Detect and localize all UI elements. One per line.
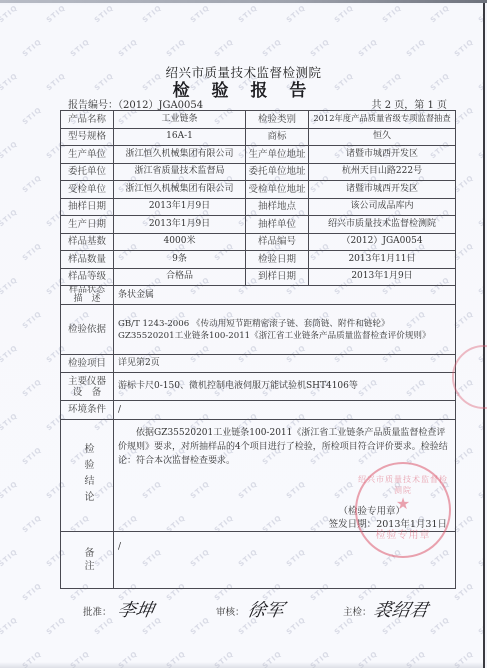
- table-row: 委托单位 浙江省质量技术监督局 委托单位地址 杭州天目山路222号: [61, 163, 456, 181]
- field-label: 受检单位地址: [246, 181, 309, 199]
- instruments-row: 主要仪器 设 备 游标卡尺0-150、微机控制电液伺服万能试验机SHT4106等: [61, 373, 456, 401]
- watermark-text: STIQ: [453, 310, 475, 331]
- watermark-text: STIQ: [69, 38, 91, 59]
- margin-seal-partial: [452, 345, 487, 409]
- watermark-text: STIQ: [21, 446, 43, 467]
- field-label: 委托单位: [61, 163, 114, 181]
- watermark-text: STIQ: [21, 38, 43, 59]
- field-label: 生产日期: [61, 216, 114, 234]
- watermark-text: STIQ: [21, 242, 43, 263]
- items-value: 详见第2页: [114, 355, 456, 373]
- instruments-label-line1: 主要仪器: [63, 376, 111, 387]
- scan-bottom-shade: [0, 662, 483, 668]
- field-label: 生产单位地址: [246, 146, 309, 164]
- field-value: 2013年1月11日: [309, 251, 456, 269]
- instruments-value: 游标卡尺0-150、微机控制电液伺服万能试验机SHT4106等: [114, 373, 456, 401]
- watermark-text: STIQ: [45, 4, 67, 25]
- signature-block: 批准： 李坤 审核： 徐军 主检： 裘绍君: [0, 596, 487, 626]
- review-label: 审核：: [216, 604, 245, 618]
- environment-value: /: [114, 401, 456, 420]
- watermark-text: STIQ: [477, 412, 483, 433]
- watermark-text: STIQ: [0, 4, 19, 25]
- sample-state-label-line2: 描 述: [63, 295, 111, 304]
- watermark-text: STIQ: [0, 548, 19, 569]
- table-row: 生产日期 2013年1月9日 抽样单位 绍兴市质量技术监督检测院: [61, 216, 456, 234]
- basis-row: 检验依据 GB/T 1243-2006 《传动用短节距精密滚子链、套筒链、附件和…: [61, 305, 456, 355]
- field-value: 2013年1月9日: [114, 198, 246, 216]
- watermark-text: STIQ: [0, 276, 19, 297]
- watermark-text: STIQ: [261, 38, 283, 59]
- field-label: 委托单位地址: [246, 163, 309, 181]
- watermark-text: STIQ: [237, 4, 259, 25]
- page-info: 共 2 页，第 1 页: [372, 96, 447, 111]
- field-label: 检验日期: [246, 251, 309, 269]
- basis-line-1: GB/T 1243-2006 《传动用短节距精密滚子链、套筒链、附件和链轮》: [118, 318, 453, 330]
- watermark-text: STIQ: [453, 514, 475, 535]
- environment-label: 环境条件: [61, 401, 114, 420]
- seal-star-icon: ★: [357, 494, 449, 513]
- watermark-text: STIQ: [21, 106, 43, 127]
- watermark-text: STIQ: [21, 378, 43, 399]
- field-label: 样品基数: [61, 233, 114, 251]
- remarks-label: 备注: [61, 531, 114, 588]
- field-label: 产品名称: [61, 111, 114, 129]
- field-value: 工业链条: [114, 111, 246, 129]
- field-value: 该公司成品库内: [309, 198, 456, 216]
- instruments-label: 主要仪器 设 备: [61, 373, 114, 401]
- table-row: 样品等级 合格品 到样日期 2013年1月9日: [61, 268, 456, 286]
- items-row: 检验项目 详见第2页: [61, 355, 456, 373]
- field-label: 样品数量: [61, 251, 114, 269]
- field-value: 9条: [114, 251, 246, 269]
- sample-state-row: 样品状态 描 述 条状金属: [61, 286, 456, 305]
- field-value: 恒久: [309, 128, 456, 146]
- field-label: 样品等级: [61, 268, 114, 286]
- watermark-text: STIQ: [141, 4, 163, 25]
- watermark-text: STIQ: [477, 208, 483, 229]
- field-value: 杭州天目山路222号: [309, 163, 456, 181]
- approve-label: 批准：: [83, 604, 112, 618]
- report-page: STIQSTIQSTIQSTIQSTIQSTIQSTIQSTIQSTIQSTIQ…: [0, 0, 485, 668]
- field-value: 2013年1月9日: [309, 268, 456, 286]
- watermark-text: STIQ: [21, 514, 43, 535]
- watermark-text: STIQ: [477, 276, 483, 297]
- watermark-text: STIQ: [0, 480, 19, 501]
- watermark-text: STIQ: [165, 38, 187, 59]
- field-label: 样品编号: [246, 233, 309, 251]
- conclusion-text: 依据GZ35520201工业链条100-2011《浙江省工业链条产品质量监督检查…: [114, 420, 455, 468]
- watermark-text: STIQ: [0, 412, 19, 433]
- inspection-seal: 绍兴市质量技术监督检测院 ★ 检验专用章: [355, 462, 451, 558]
- table-row: 产品名称 工业链条 检验类别 2012年度产品质量省级专项监督抽查: [61, 111, 456, 129]
- field-value: （2012）JGA0054: [309, 233, 456, 251]
- field-label: 生产单位: [61, 146, 114, 164]
- watermark-text: STIQ: [285, 4, 307, 25]
- field-label: 抽样日期: [61, 198, 114, 216]
- inspector-label: 主检：: [343, 604, 372, 618]
- field-label: 型号规格: [61, 128, 114, 146]
- table-row: 样品基数 4000米 样品编号 （2012）JGA0054: [61, 233, 456, 251]
- watermark-text: STIQ: [0, 344, 19, 365]
- watermark-text: STIQ: [477, 140, 483, 161]
- field-value: 4000米: [114, 233, 246, 251]
- watermark-text: STIQ: [453, 242, 475, 263]
- field-value: 绍兴市质量技术监督检测院: [309, 216, 456, 234]
- basis-line-2: GZ35520201工业链条100-2011《浙江省工业链条产品质量监督检查评价…: [118, 330, 453, 342]
- watermark-text: STIQ: [0, 140, 19, 161]
- items-label: 检验项目: [61, 355, 114, 373]
- field-value: 合格品: [114, 268, 246, 286]
- field-value: 2013年1月9日: [114, 216, 246, 234]
- basis-value: GB/T 1243-2006 《传动用短节距精密滚子链、套筒链、附件和链轮》 G…: [114, 305, 456, 355]
- watermark-text: STIQ: [405, 38, 427, 59]
- sample-state-value: 条状金属: [114, 286, 456, 305]
- basis-label: 检验依据: [61, 305, 114, 355]
- watermark-text: STIQ: [213, 38, 235, 59]
- field-label: 检验类别: [246, 111, 309, 129]
- approve-signature: 李坤: [116, 596, 157, 622]
- watermark-text: STIQ: [333, 4, 355, 25]
- table-row: 样品数量 9条 检验日期 2013年1月11日: [61, 251, 456, 269]
- table-row: 抽样日期 2013年1月9日 抽样地点 该公司成品库内: [61, 198, 456, 216]
- watermark-text: STIQ: [429, 4, 451, 25]
- watermark-text: STIQ: [477, 548, 483, 569]
- field-label: 抽样地点: [246, 198, 309, 216]
- watermark-text: STIQ: [21, 174, 43, 195]
- report-number: 报告编号：（2012）JGA0054: [68, 96, 203, 111]
- watermark-text: STIQ: [453, 38, 475, 59]
- watermark-text: STIQ: [117, 38, 139, 59]
- field-value: 诸暨市城西开发区: [309, 181, 456, 199]
- table-row: 受检单位 浙江恒久机械集团有限公司 受检单位地址 诸暨市城西开发区: [61, 181, 456, 199]
- field-value: 2012年度产品质量省级专项监督抽查: [309, 111, 456, 129]
- instruments-label-line2: 设 备: [63, 387, 111, 398]
- field-label: 受检单位: [61, 181, 114, 199]
- field-value: 16A-1: [114, 128, 246, 146]
- seal-bottom-text: 检验专用章: [357, 526, 449, 541]
- conclusion-label: 检验结论: [61, 420, 114, 532]
- watermark-text: STIQ: [93, 4, 115, 25]
- environment-row: 环境条件 /: [61, 401, 456, 420]
- conclusion-label-text: 检验结论: [81, 443, 93, 507]
- watermark-text: STIQ: [309, 38, 331, 59]
- review-signature: 徐军: [246, 596, 287, 622]
- watermark-text: STIQ: [453, 446, 475, 467]
- field-label: 到样日期: [246, 268, 309, 286]
- field-value: 浙江恒久机械集团有限公司: [114, 146, 246, 164]
- watermark-text: STIQ: [381, 4, 403, 25]
- watermark-text: STIQ: [477, 480, 483, 501]
- field-label: 抽样单位: [246, 216, 309, 234]
- scan-edge-shadow: [0, 0, 487, 3]
- watermark-text: STIQ: [21, 310, 43, 331]
- watermark-text: STIQ: [0, 208, 19, 229]
- field-value: 浙江省质量技术监督局: [114, 163, 246, 181]
- field-value: 诸暨市城西开发区: [309, 146, 456, 164]
- field-label: 商标: [246, 128, 309, 146]
- watermark-text: STIQ: [357, 38, 379, 59]
- sample-state-label: 样品状态 描 述: [61, 286, 114, 305]
- seal-ring-text: 绍兴市质量技术监督检测院: [357, 474, 449, 496]
- watermark-text: STIQ: [189, 4, 211, 25]
- remarks-label-text: 备注: [81, 547, 93, 573]
- inspector-signature: 裘绍君: [372, 596, 431, 622]
- table-row: 生产单位 浙江恒久机械集团有限公司 生产单位地址 诸暨市城西开发区: [61, 146, 456, 164]
- watermark-text: STIQ: [453, 174, 475, 195]
- watermark-text: STIQ: [453, 106, 475, 127]
- field-value: 浙江恒久机械集团有限公司: [114, 181, 246, 199]
- watermark-text: STIQ: [477, 4, 483, 25]
- table-row: 型号规格 16A-1 商标 恒久: [61, 128, 456, 146]
